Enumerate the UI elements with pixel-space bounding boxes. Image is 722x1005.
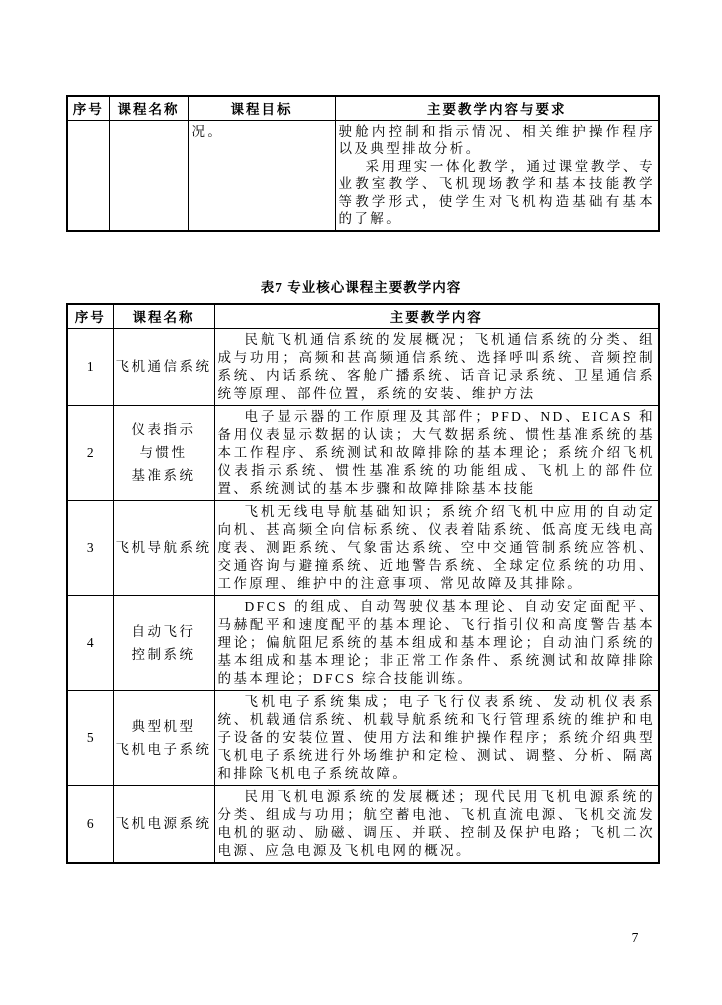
table-row: 4 自动飞行 控制系统 DFCS 的组成、自动驾驶仪基本理论、自动安定面配平、马…	[67, 595, 659, 690]
seq-cell: 6	[67, 785, 113, 863]
document-page: 序号 课程名称 课程目标 主要教学内容与要求 况。 驶舱内控制和指示情况、相关维…	[0, 0, 722, 1005]
seq-cell	[67, 120, 109, 231]
table-row: 3 飞机导航系统 飞机无线电导航基础知识；系统介绍飞机中应用的自动定向机、甚高频…	[67, 500, 659, 595]
content-cell: 电子显示器的工作原理及其部件；PFD、ND、EICAS 和备用仪表显示数据的认读…	[214, 405, 659, 500]
table-row: 况。 驶舱内控制和指示情况、相关维护操作程序以及典型排故分析。 采用理实一体化教…	[67, 120, 659, 231]
seq-cell: 1	[67, 328, 113, 405]
t1-header-content: 主要教学内容与要求	[335, 96, 659, 120]
table-row: 5 典型机型 飞机电子系统 飞机电子系统集成；电子飞行仪表系统、发动机仪表系统、…	[67, 690, 659, 785]
paragraph: 采用理实一体化教学，通过课堂教学、专业教室教学、飞机现场教学和基本技能教学等教学…	[339, 158, 656, 228]
paragraph: DFCS 的组成、自动驾驶仪基本理论、自动安定面配平、马赫配平和速度配平的基本理…	[218, 598, 656, 688]
course-name-cell: 飞机电源系统	[113, 785, 214, 863]
table-row: 2 仪表指示 与惯性 基准系统 电子显示器的工作原理及其部件；PFD、ND、EI…	[67, 405, 659, 500]
content-cell: 民用飞机电源系统的发展概述；现代民用飞机电源系统的分类、组成与功用；航空蓄电池、…	[214, 785, 659, 863]
t2-header-course: 课程名称	[113, 304, 214, 328]
t2-header-seq: 序号	[67, 304, 113, 328]
content-cell: 驶舱内控制和指示情况、相关维护操作程序以及典型排故分析。 采用理实一体化教学，通…	[335, 120, 659, 231]
course-name-cell: 典型机型 飞机电子系统	[113, 690, 214, 785]
paragraph: 民航飞机通信系统的发展概况；飞机通信系统的分类、组成与功用；高频和甚高频通信系统…	[218, 331, 656, 403]
page-number: 7	[600, 930, 670, 946]
course-name-cell: 飞机导航系统	[113, 500, 214, 595]
content-cell: 飞机电子系统集成；电子飞行仪表系统、发动机仪表系统、机载通信系统、机载导航系统和…	[214, 690, 659, 785]
table-row: 1 飞机通信系统 民航飞机通信系统的发展概况；飞机通信系统的分类、组成与功用；高…	[67, 328, 659, 405]
t2-header-content: 主要教学内容	[214, 304, 659, 328]
paragraph: 飞机电子系统集成；电子飞行仪表系统、发动机仪表系统、机载通信系统、机载导航系统和…	[218, 693, 656, 783]
content-cell: 民航飞机通信系统的发展概况；飞机通信系统的分类、组成与功用；高频和甚高频通信系统…	[214, 328, 659, 405]
paragraph: 电子显示器的工作原理及其部件；PFD、ND、EICAS 和备用仪表显示数据的认读…	[218, 408, 656, 498]
content-cell: 飞机无线电导航基础知识；系统介绍飞机中应用的自动定向机、甚高频全向信标系统、仪表…	[214, 500, 659, 595]
course-name-cell: 飞机通信系统	[113, 328, 214, 405]
table-header-row: 序号 课程名称 课程目标 主要教学内容与要求	[67, 96, 659, 120]
seq-cell: 2	[67, 405, 113, 500]
t1-header-objective: 课程目标	[188, 96, 335, 120]
paragraph: 民用飞机电源系统的发展概述；现代民用飞机电源系统的分类、组成与功用；航空蓄电池、…	[218, 788, 656, 860]
course-name-cell: 自动飞行 控制系统	[113, 595, 214, 690]
content-cell: DFCS 的组成、自动驾驶仪基本理论、自动安定面配平、马赫配平和速度配平的基本理…	[214, 595, 659, 690]
seq-cell: 4	[67, 595, 113, 690]
paragraph: 驶舱内控制和指示情况、相关维护操作程序以及典型排故分析。	[339, 123, 656, 158]
table7-caption: 表7 专业核心课程主要教学内容	[0, 276, 722, 296]
objective-cell: 况。	[188, 120, 335, 231]
paragraph: 飞机无线电导航基础知识；系统介绍飞机中应用的自动定向机、甚高频全向信标系统、仪表…	[218, 503, 656, 593]
core-courses-table: 序号 课程名称 主要教学内容 1 飞机通信系统 民航飞机通信系统的发展概况；飞机…	[66, 303, 660, 864]
t1-header-course: 课程名称	[109, 96, 188, 120]
course-name-cell	[109, 120, 188, 231]
table-row: 6 飞机电源系统 民用飞机电源系统的发展概述；现代民用飞机电源系统的分类、组成与…	[67, 785, 659, 863]
course-objectives-table: 序号 课程名称 课程目标 主要教学内容与要求 况。 驶舱内控制和指示情况、相关维…	[66, 95, 660, 232]
t1-header-seq: 序号	[67, 96, 109, 120]
seq-cell: 5	[67, 690, 113, 785]
seq-cell: 3	[67, 500, 113, 595]
table-header-row: 序号 课程名称 主要教学内容	[67, 304, 659, 328]
course-name-cell: 仪表指示 与惯性 基准系统	[113, 405, 214, 500]
